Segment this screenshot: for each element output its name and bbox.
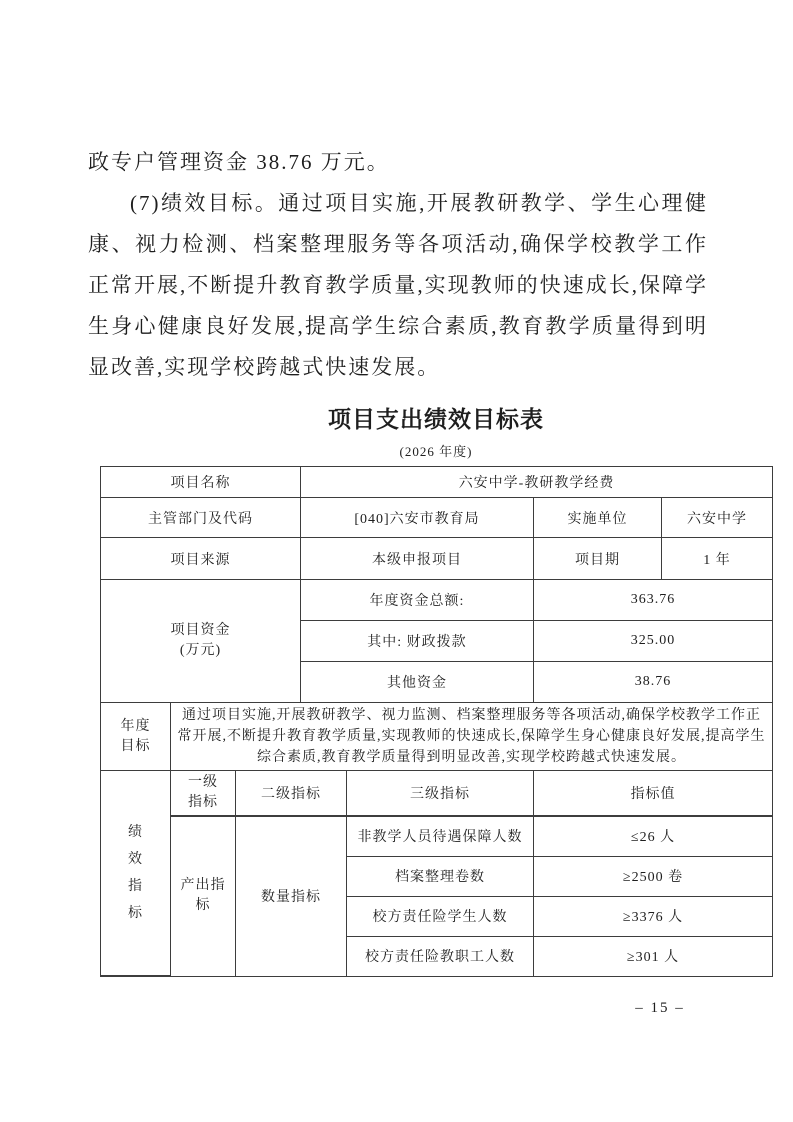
row-department: 主管部门及代码 [040]六安市教育局 实施单位 六安中学 bbox=[101, 498, 773, 538]
header-level3: 三级指标 bbox=[347, 771, 534, 817]
paragraph-performance-goal: (7)绩效目标。通过项目实施,开展教研教学、学生心理健康、视力检测、档案整理服务… bbox=[88, 183, 708, 388]
department-label: 主管部门及代码 bbox=[101, 498, 301, 538]
funds-total-value: 363.76 bbox=[534, 580, 773, 621]
project-name-value: 六安中学-教研教学经费 bbox=[301, 467, 773, 498]
indicator-name: 档案整理卷数 bbox=[347, 856, 534, 896]
funds-other-label: 其他资金 bbox=[301, 662, 534, 703]
row-indicator-headers: 绩 效 指 标 一级 指标 二级指标 三级指标 指标值 bbox=[101, 771, 773, 817]
row-funds-total: 项目资金 (万元) 年度资金总额: 363.76 bbox=[101, 580, 773, 621]
indicators-side-label: 绩 效 指 标 bbox=[101, 771, 171, 977]
row-annual-goal: 年度 目标 通过项目实施,开展教研教学、视力监测、档案整理服务等各项活动,确保学… bbox=[101, 703, 773, 771]
source-label: 项目来源 bbox=[101, 538, 301, 580]
header-level2: 二级指标 bbox=[236, 771, 347, 817]
indicator-level2: 数量指标 bbox=[236, 816, 347, 976]
indicator-name: 非教学人员待遇保障人数 bbox=[347, 816, 534, 856]
annual-goal-text: 通过项目实施,开展教研教学、视力监测、档案整理服务等各项活动,确保学校教学工作正… bbox=[171, 703, 773, 771]
document-page: 政专户管理资金 38.76 万元。 (7)绩效目标。通过项目实施,开展教研教学、… bbox=[0, 0, 793, 1122]
row-source: 项目来源 本级申报项目 项目期 1 年 bbox=[101, 538, 773, 580]
impl-unit-label: 实施单位 bbox=[534, 498, 662, 538]
indicator-level1: 产出指 标 bbox=[171, 816, 236, 976]
indicator-value: ≥3376 人 bbox=[534, 896, 773, 936]
row-project-name: 项目名称 六安中学-教研教学经费 bbox=[101, 467, 773, 498]
funds-other-value: 38.76 bbox=[534, 662, 773, 703]
period-label: 项目期 bbox=[534, 538, 662, 580]
department-value: [040]六安市教育局 bbox=[301, 498, 534, 538]
indicator-name: 校方责任险学生人数 bbox=[347, 896, 534, 936]
funds-total-label: 年度资金总额: bbox=[301, 580, 534, 621]
funds-label: 项目资金 (万元) bbox=[101, 580, 301, 703]
indicator-row: 产出指 标 数量指标 非教学人员待遇保障人数 ≤26 人 bbox=[101, 816, 773, 856]
project-name-label: 项目名称 bbox=[101, 467, 301, 498]
annual-goal-label: 年度 目标 bbox=[101, 703, 171, 771]
indicator-name: 校方责任险教职工人数 bbox=[347, 936, 534, 976]
impl-unit-value: 六安中学 bbox=[662, 498, 773, 538]
body-text-block: 政专户管理资金 38.76 万元。 (7)绩效目标。通过项目实施,开展教研教学、… bbox=[88, 142, 708, 388]
funds-fiscal-label: 其中: 财政拨款 bbox=[301, 621, 534, 662]
table-title: 项目支出绩效目标表 bbox=[100, 401, 772, 434]
performance-target-table: 项目名称 六安中学-教研教学经费 主管部门及代码 [040]六安市教育局 实施单… bbox=[100, 466, 773, 977]
paragraph-fiscal-funds: 政专户管理资金 38.76 万元。 bbox=[88, 142, 708, 183]
page-number: – 15 – bbox=[590, 1000, 730, 1017]
indicator-value: ≥2500 卷 bbox=[534, 856, 773, 896]
table-year-subtitle: (2026 年度) bbox=[100, 441, 772, 460]
header-level1: 一级 指标 bbox=[171, 771, 236, 817]
source-value: 本级申报项目 bbox=[301, 538, 534, 580]
indicator-value: ≥301 人 bbox=[534, 936, 773, 976]
header-value: 指标值 bbox=[534, 771, 773, 817]
period-value: 1 年 bbox=[662, 538, 773, 580]
indicator-value: ≤26 人 bbox=[534, 816, 773, 856]
funds-fiscal-value: 325.00 bbox=[534, 621, 773, 662]
